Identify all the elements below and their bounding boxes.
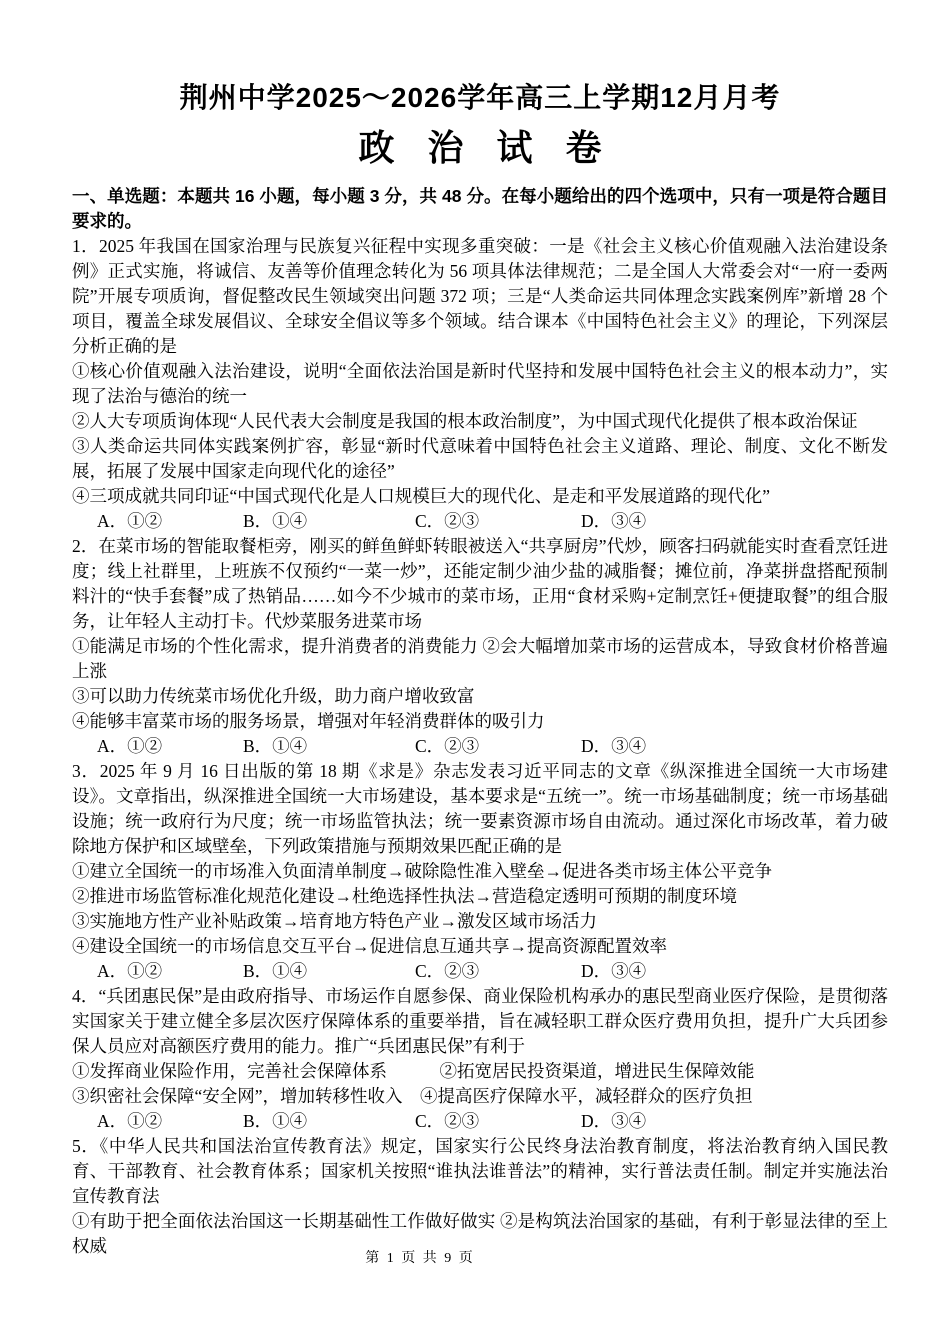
question-4-options-row: A．①②B．①④C．②③D．③④ bbox=[72, 1109, 888, 1134]
exam-page: 荆州中学2025～2026学年高三上学期12月月考 政 治 试 卷 一、单选题：… bbox=[0, 0, 950, 1344]
question-2-stem: 2．在菜市场的智能取餐柜旁，刚买的鲜鱼鲜虾转眼被送入“共享厨房”代炒，顾客扫码就… bbox=[72, 534, 888, 634]
question-3-option-b: B．①④ bbox=[243, 959, 415, 984]
question-5: 5．《中华人民共和国法治宣传教育法》规定，国家实行公民终身法治教育制度，将法治教… bbox=[72, 1134, 888, 1259]
question-1-statement-line-2: ②人大专项质询体现“人民代表大会制度是我国的根本政治制度”，为中国式现代化提供了… bbox=[72, 409, 888, 434]
question-1-stem: 1．2025 年我国在国家治理与民族复兴征程中实现多重突破：一是《社会主义核心价… bbox=[72, 234, 888, 359]
question-5-stem: 5．《中华人民共和国法治宣传教育法》规定，国家实行公民终身法治教育制度，将法治教… bbox=[72, 1134, 888, 1209]
question-2-option-c: C．②③ bbox=[415, 734, 581, 759]
question-2-option-a: A．①② bbox=[97, 734, 243, 759]
question-3-statement-line-2: ②推进市场监管标准化规范化建设→杜绝选择性执法→营造稳定透明可预期的制度环境 bbox=[72, 884, 888, 909]
paper-title: 政 治 试 卷 bbox=[72, 124, 888, 172]
question-5-stem-text: 《中华人民共和国法治宣传教育法》规定，国家实行公民终身法治教育制度，将法治教育纳… bbox=[72, 1136, 888, 1206]
question-2-statement-line-2: ③可以助力传统菜市场优化升级，助力商户增收致富 bbox=[72, 684, 888, 709]
question-3-stem: 3．2025 年 9 月 16 日出版的第 18 期《求是》杂志发表习近平同志的… bbox=[72, 759, 888, 859]
question-3-options-row: A．①②B．①④C．②③D．③④ bbox=[72, 959, 888, 984]
question-3-statement-line-1: ①建立全国统一的市场准入负面清单制度→破除隐性准入壁垒→促进各类市场主体公平竞争 bbox=[72, 859, 888, 884]
question-4-option-d: D．③④ bbox=[581, 1109, 646, 1134]
question-3-statement-line-4: ④建设全国统一的市场信息交互平台→促进信息互通共享→提高资源配置效率 bbox=[72, 934, 888, 959]
exam-title: 荆州中学2025～2026学年高三上学期12月月考 bbox=[72, 80, 888, 116]
question-4-stem-text: “兵团惠民保”是由政府指导、市场运作自愿参保、商业保险机构承办的惠民型商业医疗保… bbox=[72, 986, 888, 1056]
question-3-statement-line-3: ③实施地方性产业补贴政策→培育地方特色产业→激发区域市场活力 bbox=[72, 909, 888, 934]
question-1-option-d: D．③④ bbox=[581, 509, 646, 534]
question-1-number: 1． bbox=[72, 236, 99, 256]
question-3-stem-text: 2025 年 9 月 16 日出版的第 18 期《求是》杂志发表习近平同志的文章… bbox=[72, 761, 888, 856]
question-4-statement-line-1: ①发挥商业保险作用，完善社会保障体系 ②拓宽居民投资渠道，增进民生保障效能 bbox=[72, 1059, 888, 1084]
question-4: 4．“兵团惠民保”是由政府指导、市场运作自愿参保、商业保险机构承办的惠民型商业医… bbox=[72, 984, 888, 1134]
question-2-statement-line-1: ①能满足市场的个性化需求，提升消费者的消费能力 ②会大幅增加菜市场的运营成本，导… bbox=[72, 634, 888, 684]
question-list: 1．2025 年我国在国家治理与民族复兴征程中实现多重突破：一是《社会主义核心价… bbox=[72, 234, 888, 1259]
question-2-options-row: A．①②B．①④C．②③D．③④ bbox=[72, 734, 888, 759]
question-4-option-c: C．②③ bbox=[415, 1109, 581, 1134]
question-3: 3．2025 年 9 月 16 日出版的第 18 期《求是》杂志发表习近平同志的… bbox=[72, 759, 888, 984]
question-4-option-a: A．①② bbox=[97, 1109, 243, 1134]
question-1-option-c: C．②③ bbox=[415, 509, 581, 534]
question-4-stem: 4．“兵团惠民保”是由政府指导、市场运作自愿参保、商业保险机构承办的惠民型商业医… bbox=[72, 984, 888, 1059]
question-2-option-b: B．①④ bbox=[243, 734, 415, 759]
question-3-option-a: A．①② bbox=[97, 959, 243, 984]
question-5-number: 5． bbox=[72, 1136, 100, 1156]
question-1-statement-line-4: ④三项成就共同印证“中国式现代化是人口规模巨大的现代化、是走和平发展道路的现代化… bbox=[72, 484, 888, 509]
question-1-stem-text: 2025 年我国在国家治理与民族复兴征程中实现多重突破：一是《社会主义核心价值观… bbox=[72, 236, 888, 356]
question-1-option-a: A．①② bbox=[97, 509, 243, 534]
question-3-number: 3． bbox=[72, 761, 100, 781]
question-2-option-d: D．③④ bbox=[581, 734, 646, 759]
page-number: 第 1 页 共 9 页 bbox=[0, 1250, 895, 1268]
question-4-statement-line-2: ③织密社会保障“安全网”，增加转移性收入 ④提高医疗保障水平，减轻群众的医疗负担 bbox=[72, 1084, 888, 1109]
question-3-option-d: D．③④ bbox=[581, 959, 646, 984]
question-1-statement-line-3: ③人类命运共同体实践案例扩容，彰显“新时代意味着中国特色社会主义道路、理论、制度… bbox=[72, 434, 888, 484]
section-instructions: 一、单选题：本题共 16 小题，每小题 3 分，共 48 分。在每小题给出的四个… bbox=[72, 184, 888, 234]
question-2-number: 2． bbox=[72, 536, 98, 556]
question-3-option-c: C．②③ bbox=[415, 959, 581, 984]
question-1-statement-line-1: ①核心价值观融入法治建设，说明“全面依法治国是新时代坚持和发展中国特色社会主义的… bbox=[72, 359, 888, 409]
question-4-number: 4． bbox=[72, 986, 98, 1006]
question-1-option-b: B．①④ bbox=[243, 509, 415, 534]
question-4-option-b: B．①④ bbox=[243, 1109, 415, 1134]
question-2-stem-text: 在菜市场的智能取餐柜旁，刚买的鲜鱼鲜虾转眼被送入“共享厨房”代炒，顾客扫码就能实… bbox=[72, 536, 888, 631]
question-2: 2．在菜市场的智能取餐柜旁，刚买的鲜鱼鲜虾转眼被送入“共享厨房”代炒，顾客扫码就… bbox=[72, 534, 888, 759]
question-1-options-row: A．①②B．①④C．②③D．③④ bbox=[72, 509, 888, 534]
question-1: 1．2025 年我国在国家治理与民族复兴征程中实现多重突破：一是《社会主义核心价… bbox=[72, 234, 888, 534]
question-2-statement-line-3: ④能够丰富菜市场的服务场景，增强对年轻消费群体的吸引力 bbox=[72, 709, 888, 734]
